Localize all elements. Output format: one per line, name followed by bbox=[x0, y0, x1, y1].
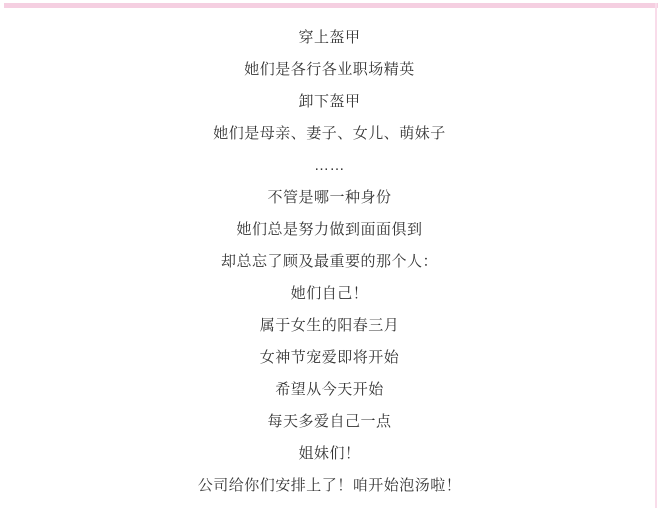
text-line: 卸下盔甲 bbox=[4, 86, 655, 118]
text-line: …… bbox=[4, 150, 655, 182]
text-line: 女神节宠爱即将开始 bbox=[4, 342, 655, 374]
text-line: 穿上盔甲 bbox=[4, 22, 655, 54]
text-line: 属于女生的阳春三月 bbox=[4, 310, 655, 342]
text-line: 却总忘了顾及最重要的那个人： bbox=[4, 246, 655, 278]
text-line: 她们总是努力做到面面俱到 bbox=[4, 214, 655, 246]
text-line: 每天多爱自己一点 bbox=[4, 406, 655, 438]
text-line: 姐妹们！ bbox=[4, 438, 655, 470]
text-line: 希望从今天开始 bbox=[4, 374, 655, 406]
text-line: 她们自己！ bbox=[4, 278, 655, 310]
text-line: 公司给你们安排上了！咱开始泡汤啦！ bbox=[4, 470, 655, 502]
article-page: 穿上盔甲她们是各行各业职场精英卸下盔甲她们是母亲、妻子、女儿、萌妹子……不管是哪… bbox=[0, 0, 660, 508]
text-line: 不管是哪一种身份 bbox=[4, 182, 655, 214]
right-border-line bbox=[655, 3, 657, 508]
text-line: 她们是各行各业职场精英 bbox=[4, 54, 655, 86]
text-line: 她们是母亲、妻子、女儿、萌妹子 bbox=[4, 118, 655, 150]
article-body: 穿上盔甲她们是各行各业职场精英卸下盔甲她们是母亲、妻子、女儿、萌妹子……不管是哪… bbox=[4, 0, 655, 502]
